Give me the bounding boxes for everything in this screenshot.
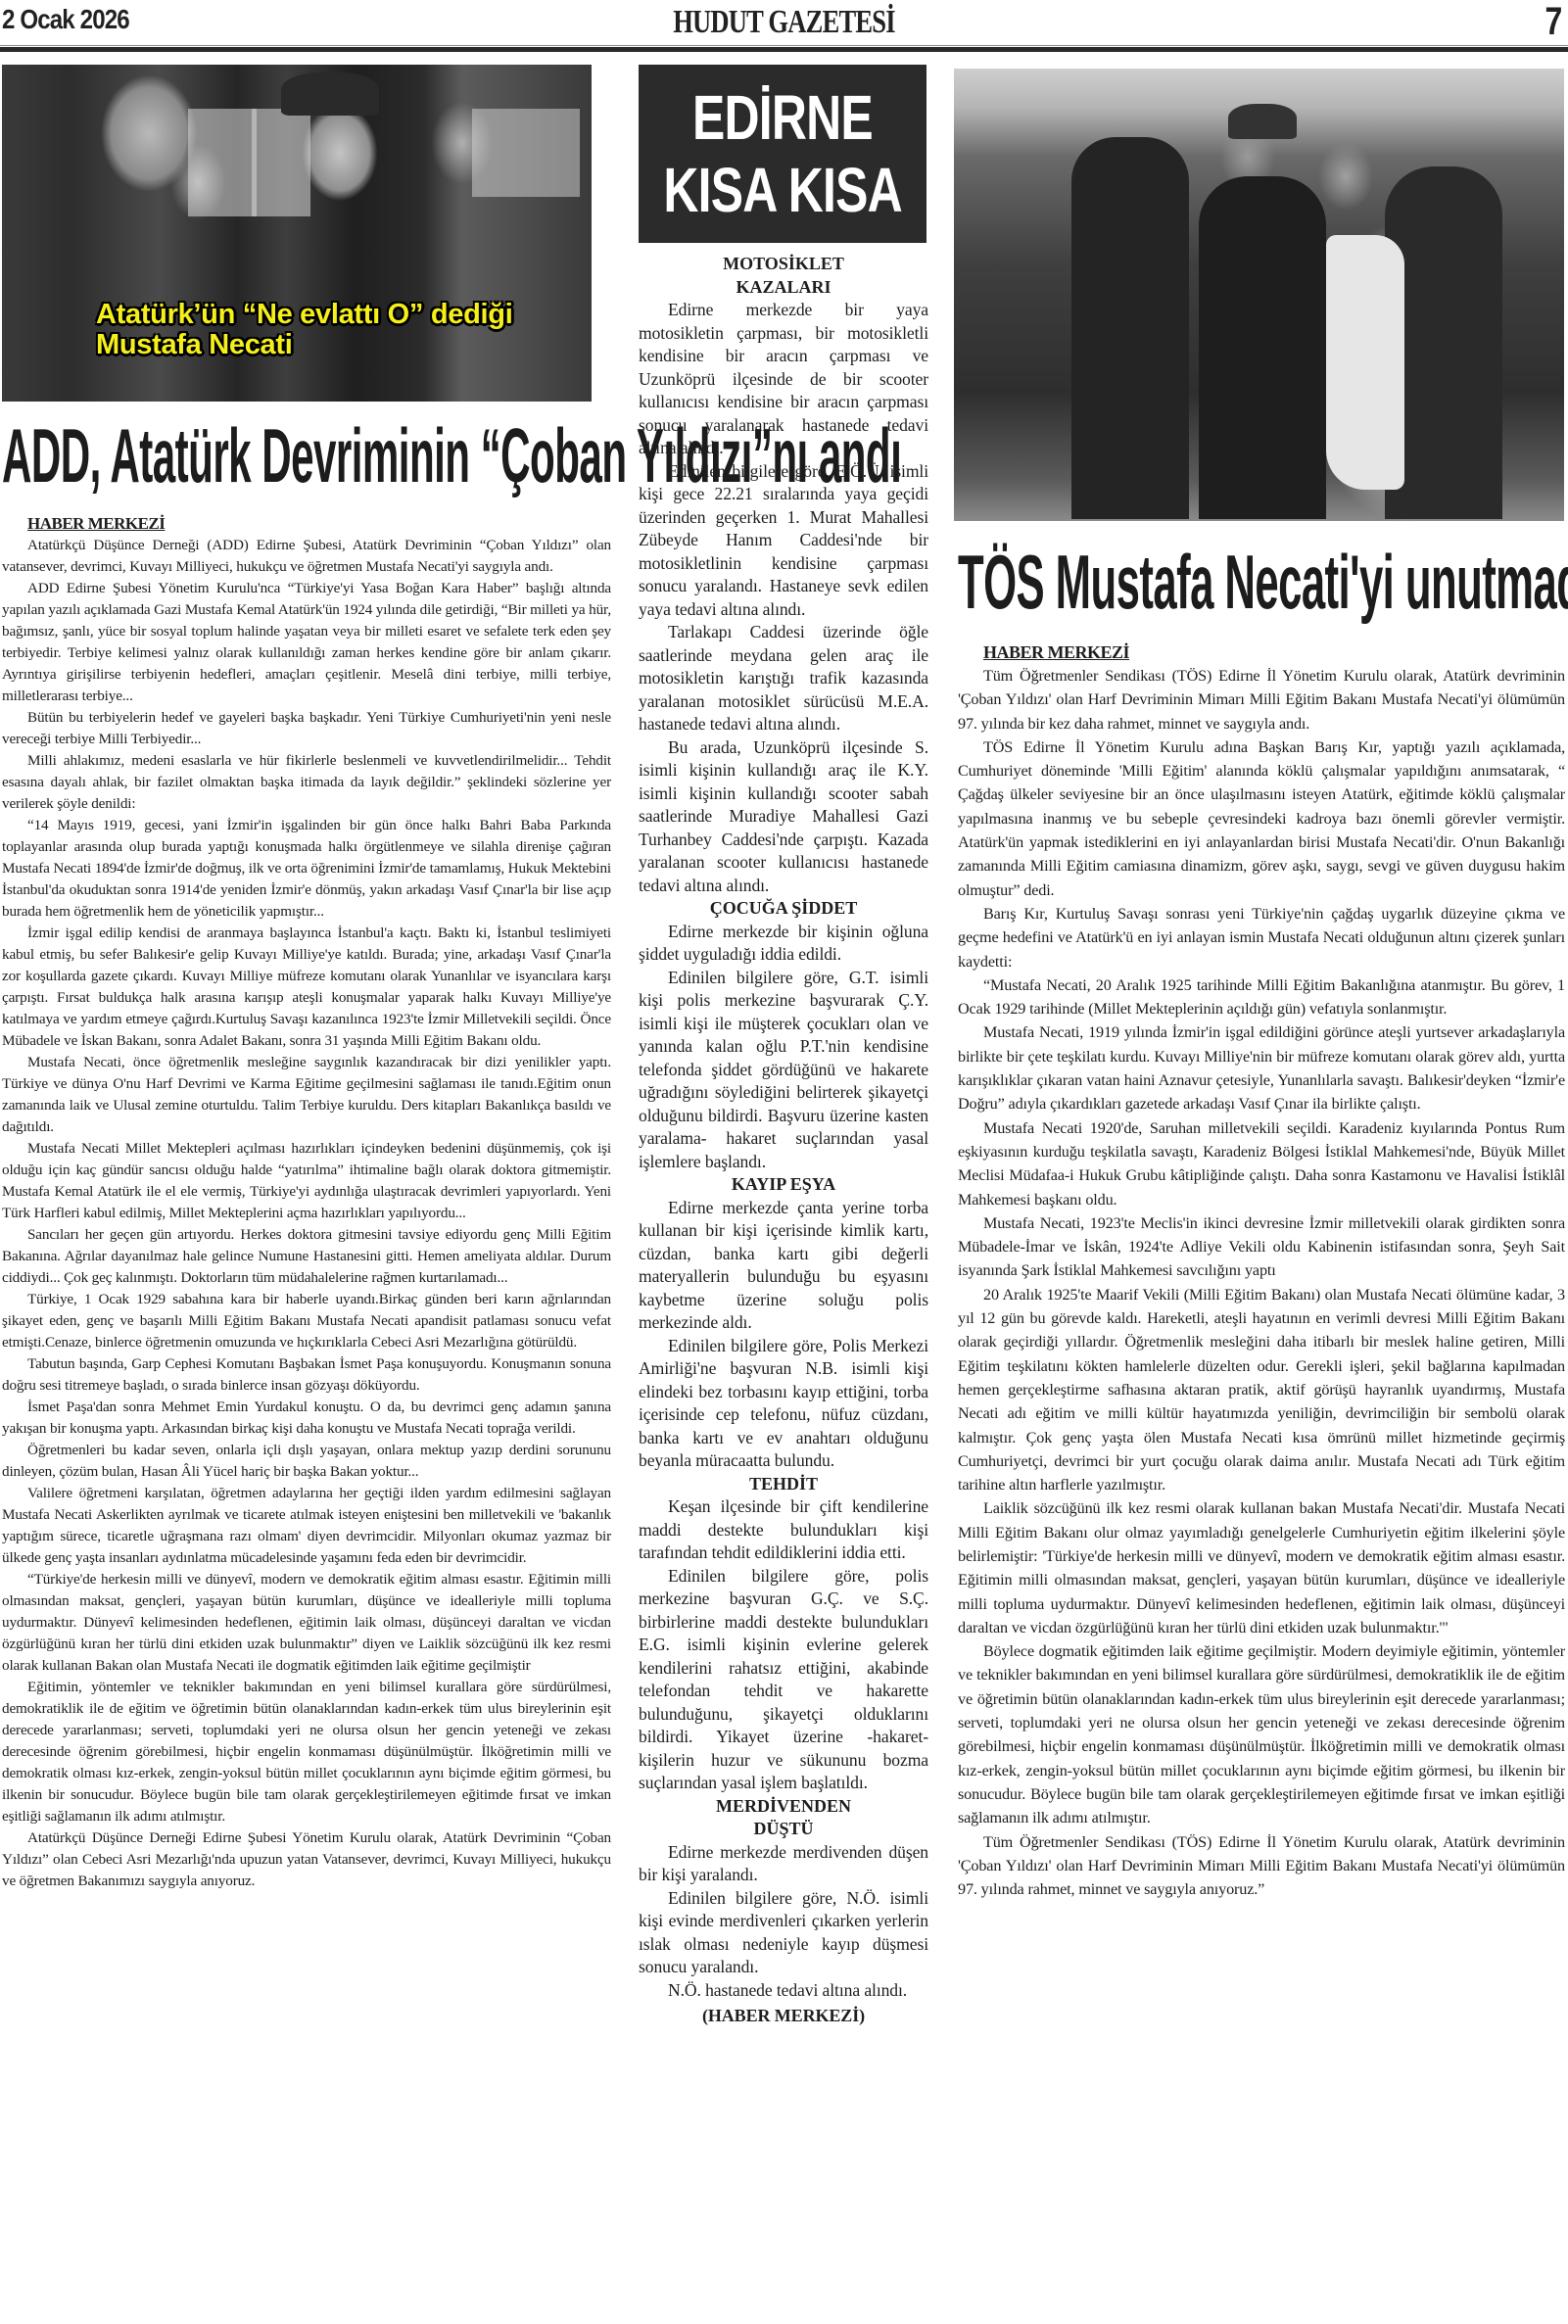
photo-caption-line1: Atatürk’ün “Ne evlattı O” dediği <box>96 300 586 330</box>
briefs-signoff: (HABER MERKEZİ) <box>639 2004 928 2027</box>
brief-paragraph: Edinilen bilgilere göre, polis merkezine… <box>639 1565 928 1795</box>
newspaper-name: HUDUT GAZETESİ <box>172 4 1396 41</box>
issue-date: 2 Ocak 2026 <box>2 4 129 35</box>
article-paragraph: Valilere öğretmeni karşılatan, öğretmen … <box>2 1483 611 1569</box>
brief-paragraph: Edinilen bilgilere göre, E.Ö.Ü. isimli k… <box>639 460 928 622</box>
article-paragraph: Laiklik sözcüğünü ilk kez resmi olarak k… <box>958 1496 1565 1639</box>
photo-caption: Atatürk’ün “Ne evlattı O” dediği Mustafa… <box>96 300 586 360</box>
photo-detail <box>188 109 257 216</box>
brief-title: KAYIP EŞYA <box>639 1173 928 1197</box>
brief-paragraph: Edinilen bilgilere göre, Polis Merkezi A… <box>639 1335 928 1473</box>
banner-line2: KISA KISA <box>663 154 902 226</box>
brief-paragraph: Edirne merkezde bir yaya motosikletin ça… <box>639 299 928 460</box>
photo-ataturk-crowd <box>954 69 1564 521</box>
byline: HABER MERKEZİ <box>27 513 611 535</box>
article-paragraph: Öğretmenleri bu kadar seven, onlarla içl… <box>2 1440 611 1483</box>
byline: HABER MERKEZİ <box>983 640 1565 664</box>
masthead: 2 Ocak 2026 HUDUT GAZETESİ 7 <box>0 0 1568 55</box>
brief-motorcycle-accidents: MOTOSİKLET KAZALARI Edirne merkezde bir … <box>639 253 928 897</box>
article-add: HABER MERKEZİ Atatürkçü Düşünce Derneği … <box>2 513 611 1892</box>
article-paragraph: Milli ahlakımız, medeni esaslarla ve hür… <box>2 750 611 815</box>
brief-paragraph: Bu arada, Uzunköprü ilçesinde S. isimli … <box>639 736 928 898</box>
brief-title: TEHDİT <box>639 1473 928 1496</box>
article-paragraph: 20 Aralık 1925'te Maarif Vekili (Milli E… <box>958 1283 1565 1497</box>
article-paragraph: TÖS Edirne İl Yönetim Kurulu adına Başka… <box>958 735 1565 902</box>
article-paragraph: Mustafa Necati, önce öğretmenlik mesleği… <box>2 1052 611 1138</box>
photo-mustafa-necati-ataturk: Atatürk’ün “Ne evlattı O” dediği Mustafa… <box>2 65 592 402</box>
brief-fell-from-stairs: MERDİVENDEN DÜŞTÜ Edirne merkezde merdiv… <box>639 1795 928 2003</box>
brief-title: ÇOCUĞA ŞİDDET <box>639 897 928 921</box>
brief-paragraph: N.Ö. hastanede tedavi altına alındı. <box>639 1979 928 2003</box>
masthead-rule-thick <box>0 47 1568 52</box>
news-briefs: MOTOSİKLET KAZALARI Edirne merkezde bir … <box>639 253 928 2027</box>
article-paragraph: İzmir işgal edilip kendisi de aranmaya b… <box>2 923 611 1052</box>
article-paragraph: “14 Mayıs 1919, gecesi, yani İzmir'in iş… <box>2 815 611 923</box>
brief-title: MERDİVENDEN <box>639 1795 928 1819</box>
article-paragraph: Sancıları her geçen gün artıyordu. Herke… <box>2 1224 611 1289</box>
article-paragraph: Eğitimin, yöntemler ve teknikler bakımın… <box>2 1677 611 1827</box>
photo-detail <box>1228 104 1297 139</box>
photo-detail <box>252 109 310 216</box>
brief-title: MOTOSİKLET <box>639 253 928 276</box>
brief-child-violence: ÇOCUĞA ŞİDDET Edirne merkezde bir kişini… <box>639 897 928 1173</box>
article-tos: HABER MERKEZİ Tüm Öğretmenler Sendikası … <box>958 640 1565 1901</box>
article-paragraph: Tüm Öğretmenler Sendikası (TÖS) Edirne İ… <box>958 1830 1565 1902</box>
brief-threat: TEHDİT Keşan ilçesinde bir çift kendiler… <box>639 1473 928 1795</box>
brief-paragraph: Keşan ilçesinde bir çift kendilerine mad… <box>639 1495 928 1565</box>
brief-lost-item: KAYIP EŞYA Edirne merkezde çanta yerine … <box>639 1173 928 1473</box>
article-paragraph: Türkiye, 1 Ocak 1929 sabahına kara bir h… <box>2 1289 611 1353</box>
article-paragraph: İsmet Paşa'dan sonra Mehmet Emin Yurdaku… <box>2 1397 611 1440</box>
masthead-rule-thin <box>0 45 1568 46</box>
brief-paragraph: Edirne merkezde merdivenden düşen bir ki… <box>639 1841 928 1887</box>
article-paragraph: “Türkiye'de herkesin milli ve dünyevî, m… <box>2 1569 611 1677</box>
brief-title: KAZALARI <box>639 276 928 300</box>
article-paragraph: Bütün bu terbiyelerin hedef ve gayeleri … <box>2 707 611 750</box>
brief-paragraph: Tarlakapı Caddesi üzerinde öğle saatleri… <box>639 621 928 736</box>
edirne-kisa-kisa-banner: EDİRNE KISA KISA <box>639 65 927 243</box>
article-paragraph: Atatürkçü Düşünce Derneği Edirne Şubesi … <box>2 1827 611 1892</box>
article-paragraph: Böylece dogmatik eğitimden laik eğitime … <box>958 1639 1565 1829</box>
photo-detail <box>281 72 379 116</box>
photo-detail <box>1326 235 1404 490</box>
page-number: 7 <box>1544 0 1562 44</box>
brief-paragraph: Edinilen bilgilere göre, N.Ö. isimli kiş… <box>639 1887 928 1979</box>
article-paragraph: ADD Edirne Şubesi Yönetim Kurulu'nca “Tü… <box>2 578 611 707</box>
photo-caption-line2: Mustafa Necati <box>96 330 586 360</box>
photo-detail <box>472 109 580 197</box>
brief-paragraph: Edirne merkezde çanta yerine torba kulla… <box>639 1197 928 1335</box>
brief-paragraph: Edinilen bilgilere göre, G.T. isimli kiş… <box>639 967 928 1174</box>
brief-title: DÜŞTÜ <box>639 1818 928 1841</box>
headline-tos-article: TÖS Mustafa Necati'yi unutmadı <box>958 537 1568 627</box>
article-paragraph: Mustafa Necati 1920'de, Saruhan milletve… <box>958 1116 1565 1211</box>
article-paragraph: Mustafa Necati Millet Mektepleri açılmas… <box>2 1138 611 1224</box>
article-paragraph: Mustafa Necati, 1919 yılında İzmir'in iş… <box>958 1020 1565 1115</box>
article-paragraph: Tabutun başında, Garp Cephesi Komutanı B… <box>2 1353 611 1397</box>
article-paragraph: Atatürkçü Düşünce Derneği (ADD) Edirne Ş… <box>2 535 611 578</box>
photo-detail <box>1071 137 1189 519</box>
banner-line1: EDİRNE <box>692 81 873 154</box>
photo-detail <box>1199 176 1326 519</box>
article-paragraph: Tüm Öğretmenler Sendikası (TÖS) Edirne İ… <box>958 664 1565 735</box>
article-paragraph: “Mustafa Necati, 20 Aralık 1925 tarihind… <box>958 973 1565 1021</box>
article-paragraph: Mustafa Necati, 1923'te Meclis'in ikinci… <box>958 1211 1565 1283</box>
article-paragraph: Barış Kır, Kurtuluş Savaşı sonrası yeni … <box>958 902 1565 973</box>
brief-paragraph: Edirne merkezde bir kişinin oğluna şidde… <box>639 921 928 967</box>
